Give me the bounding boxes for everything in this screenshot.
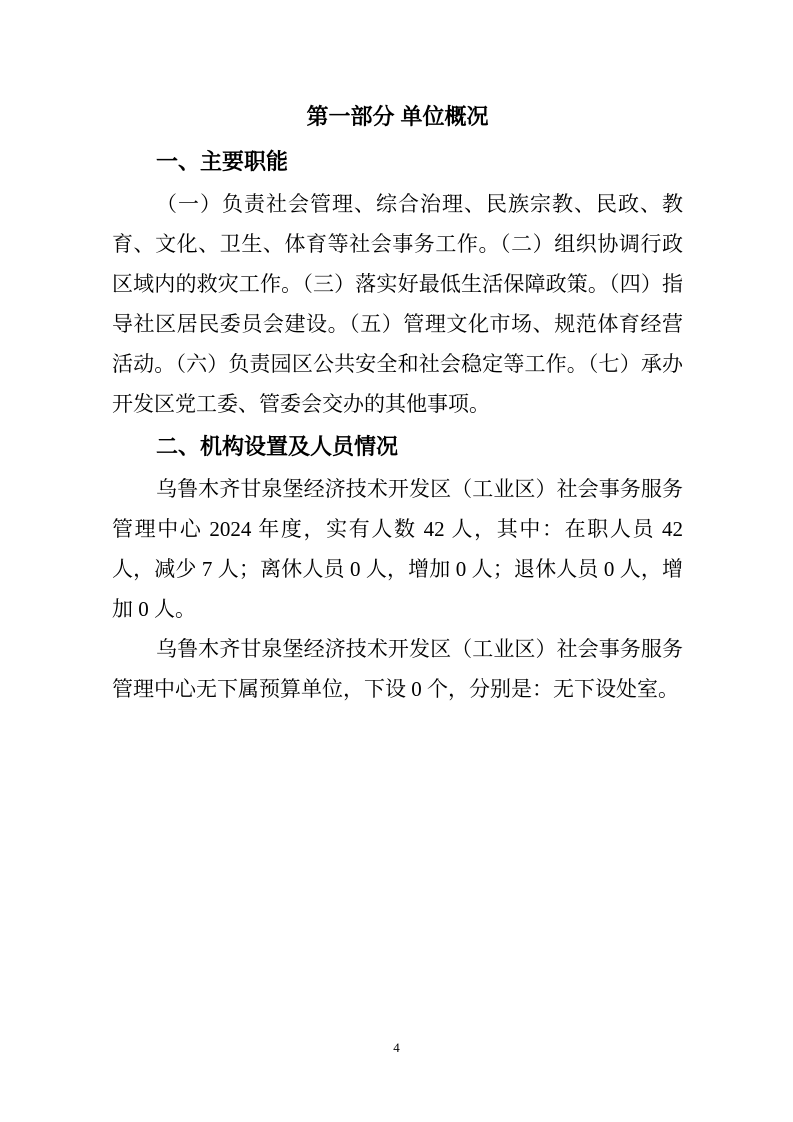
a4-document-page: 第一部分 单位概况 一、主要职能 （一）负责社会管理、综合治理、民族宗教、民政、…	[0, 0, 793, 1122]
document-title: 第一部分 单位概况	[112, 95, 683, 139]
body-paragraph: （一）负责社会管理、综合治理、民族宗教、民政、教育、文化、卫生、体育等社会事务工…	[112, 184, 683, 424]
body-paragraph: 乌鲁木齐甘泉堡经济技术开发区（工业区）社会事务服务管理中心 2024 年度，实有…	[112, 469, 683, 629]
body-paragraph: 乌鲁木齐甘泉堡经济技术开发区（工业区）社会事务服务管理中心无下属预算单位，下设 …	[112, 629, 683, 709]
page-number: 4	[0, 1040, 793, 1056]
document-content: 第一部分 单位概况 一、主要职能 （一）负责社会管理、综合治理、民族宗教、民政、…	[112, 0, 683, 709]
section-heading-organization-personnel: 二、机构设置及人员情况	[112, 424, 683, 469]
section-heading-main-functions: 一、主要职能	[112, 139, 683, 184]
